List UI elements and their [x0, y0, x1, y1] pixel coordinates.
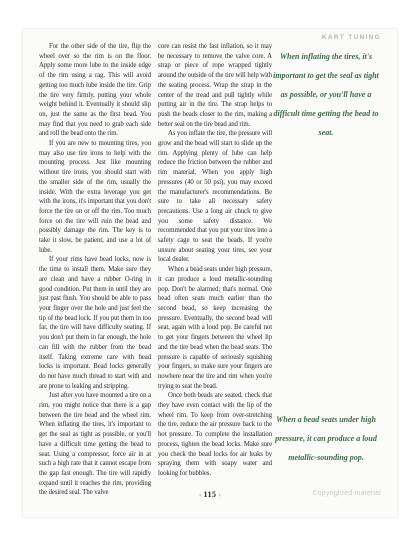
pull-quote-bottom: When a bead seats under high pressure, i…: [269, 410, 383, 467]
pull-quote-top: When inflating the tires, it's important…: [269, 47, 383, 142]
paragraph-bead-pop: When a bead seats under high pressure, i…: [158, 265, 272, 391]
page-number-right-ornament: ›: [217, 491, 223, 499]
paragraph-inflate-pressure: As you inflate the tire, the pressure wi…: [158, 129, 272, 265]
page-number-value: 115: [203, 490, 216, 499]
paragraph-valve-core: core can resist the fast inflation, so i…: [158, 42, 272, 129]
paragraph-flip-tire: For the other side of the tire, flip the…: [39, 42, 151, 139]
copyright-notice: Copyrighted material: [312, 490, 381, 497]
paragraph-tire-irons: If you are new to mounting tires, you ma…: [39, 139, 151, 255]
text-column-middle: core can resist the fast inflation, so i…: [158, 42, 272, 479]
paragraph-final-checks: Once both beads are seated, check that t…: [158, 391, 272, 478]
paragraph-seal-gap: Just after you have mounted a tire on a …: [39, 391, 151, 498]
book-page: KART TUNING For the other side of the ti…: [22, 28, 398, 518]
running-header: KART TUNING: [322, 34, 381, 41]
paragraph-bead-locks: If your rims have bead locks, now is the…: [39, 255, 151, 391]
text-column-left: For the other side of the tire, flip the…: [39, 42, 151, 498]
scan-background: KART TUNING For the other side of the ti…: [0, 0, 416, 538]
